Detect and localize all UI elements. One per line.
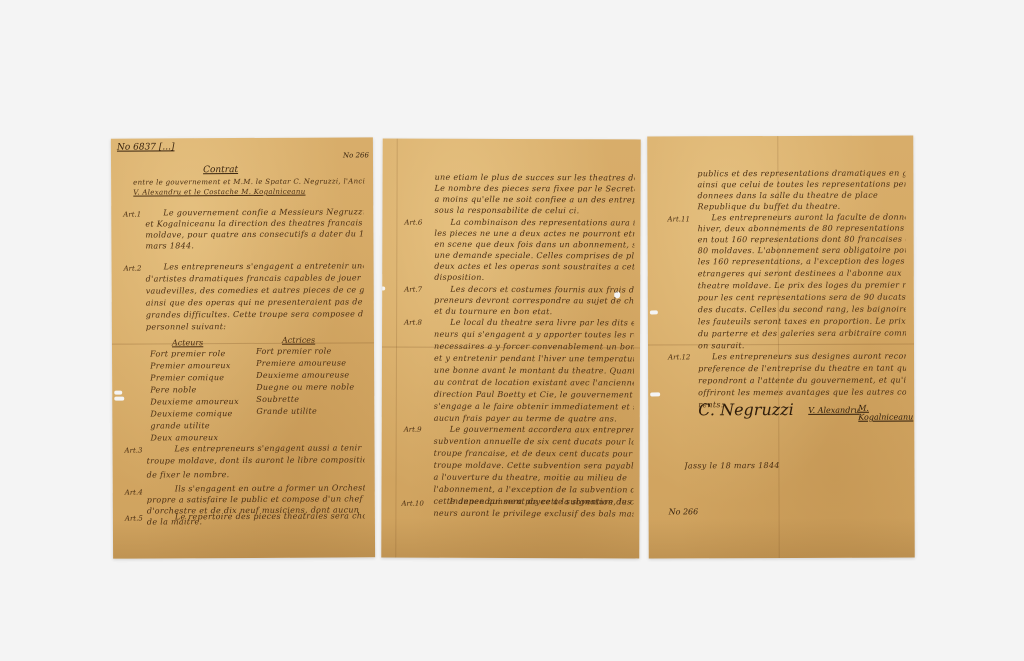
paper-hole [650, 392, 660, 396]
paper-hole [114, 397, 124, 401]
text-line: Les entrepreneurs s'engagent aussi a ten… [175, 443, 365, 454]
text-line: de la maitre. [147, 516, 365, 527]
text-line: neurs qui s'engagent a y apporter toutes… [434, 330, 634, 341]
article-label: Art.4 [125, 489, 143, 497]
roster-item: Deuxieme amoureux [150, 397, 250, 408]
text-line: mars 1844. [145, 240, 363, 251]
text-line: publics et des representations dramatiqu… [697, 169, 905, 180]
roster-item: Grande utilite [256, 406, 366, 417]
roster-item: Fort premier role [256, 346, 366, 357]
text-line: Independamment de cette subvention, les … [449, 497, 633, 508]
paper-hole [650, 310, 658, 314]
roster-item: Fort premier role [150, 349, 250, 360]
text-line: les 160 representations, a l'exception d… [698, 257, 906, 268]
signature: V. Alexandru [808, 406, 859, 415]
text-line: subvention annuelle de six cent ducats p… [434, 437, 634, 448]
text-line: d'artistes dramatiques francais capables… [146, 273, 364, 284]
text-line: sous la responsabilite de celui ci. [434, 206, 634, 217]
roster-item: Premier comique [150, 373, 250, 384]
article-label: Art.12 [668, 353, 690, 361]
text-line: troupe moldave. Cette subvention sera pa… [434, 461, 634, 472]
text-line: offriront les memes avantages que les au… [698, 388, 906, 399]
roster-item: Premier amoureux [150, 361, 250, 372]
roster-header-actresses: Actrices [282, 336, 315, 345]
text-line: grandes difficultes. Cette troupe sera c… [146, 309, 364, 320]
roster-item: grande utilite [150, 421, 250, 432]
corner-mark: No 266 [343, 151, 369, 159]
text-line: on saurait. [698, 341, 906, 352]
text-line: une bonne avant le montant du theatre. Q… [434, 366, 634, 377]
text-line: s'engage a le faire obtenir immediatemen… [434, 402, 634, 413]
article-label: Art.3 [125, 447, 143, 455]
roster-item: Soubrette [256, 394, 366, 405]
text-line: ainsi que des operas qui ne presenteraie… [146, 297, 364, 308]
subtitle-line: V. Alexandru et le Costache M. Kogalnice… [133, 186, 365, 197]
text-line: les fauteuils seront taxes en proportion… [698, 317, 906, 328]
text-line: etrangeres qui seront destinees a l'abon… [698, 269, 906, 280]
text-line: disposition. [434, 273, 634, 284]
footer-number: No 266 [669, 507, 699, 516]
text-line: Le gouvernement confie a Messieurs Negru… [163, 207, 363, 218]
manuscript-page-3: publics et des representations dramatiqu… [647, 136, 914, 559]
text-line: de fixer le nombre. [147, 469, 365, 480]
article-label: Art.10 [401, 500, 423, 508]
article-label: Art.7 [404, 286, 422, 294]
text-line: a l'ouverture du theatre, moitie au mili… [434, 473, 634, 484]
text-line: preference de l'entreprise du theatre en… [698, 364, 906, 375]
text-line: du parterre et des galeries sera arbitra… [698, 329, 906, 340]
text-line: Le gouvernement accordera aux entreprene… [450, 425, 634, 436]
article-label: Art.2 [124, 265, 142, 273]
text-line: les pieces ne une a deux actes ne pourro… [434, 229, 634, 240]
contract-title: Contrat [203, 165, 238, 175]
text-line: repondront a l'attente du gouvernement, … [698, 376, 906, 387]
text-line: pour les cent representations sera de 90… [698, 293, 906, 304]
text-line: Les decors et costumes fournis aux frais… [450, 285, 634, 296]
text-line: Le local du theatre sera livre par les d… [450, 318, 634, 329]
text-line: des ducats. Celles du second rang, les b… [698, 305, 906, 316]
fold-crease [395, 139, 397, 558]
text-line: deux actes et les operas sont soustraite… [434, 262, 634, 273]
text-line: en tout 160 representations dont 80 fran… [698, 235, 906, 246]
article-label: Art.9 [404, 426, 422, 434]
text-line: troupe moldave, dont ils auront le libre… [147, 455, 365, 466]
article-label: Art.8 [404, 319, 422, 327]
text-line: moldave, pour quatre ans consecutifs a d… [145, 229, 363, 240]
signature: C. Negruzzi [698, 400, 794, 419]
text-line: Le nombre des pieces sera fixee par le S… [435, 184, 635, 195]
article-label: Art.11 [668, 215, 690, 223]
manuscript-page-1: No 6837 [...] No 266 Contrat entre le go… [111, 137, 375, 558]
text-line: et Kogalniceanu la direction des theatre… [145, 218, 363, 229]
roster-item: Deux amoureux [150, 433, 250, 444]
date-line: Jassy le 18 mars 1844 [684, 461, 824, 471]
roster-item: Premiere amoureuse [256, 358, 366, 369]
text-line: Les entrepreneurs auront la faculte de d… [712, 213, 906, 224]
text-line: et du tournure en bon etat. [434, 307, 634, 318]
text-line: La combinaison des representations aura … [450, 218, 634, 229]
reference-number: No 6837 [...] [117, 142, 175, 152]
text-line: une etiam le plus de succes sur les thea… [435, 173, 635, 184]
article-label: Art.1 [123, 211, 141, 219]
text-line: 80 moldaves. L'abonnement sera obligatoi… [698, 246, 906, 257]
text-line: ainsi que celui de toutes les representa… [697, 180, 905, 191]
text-line: aucun frais payer au terme de quatre ans… [434, 414, 634, 425]
text-line: necessaires a y forcer convenablement un… [434, 342, 634, 353]
article-label: Art.6 [404, 219, 422, 227]
text-line: propre a satisfaire le public et compose… [147, 494, 365, 505]
text-line: theatre moldave. Le prix des loges du pr… [698, 281, 906, 292]
paper-hole [114, 391, 122, 395]
text-line: a moins qu'elle ne soit confiee a un des… [435, 195, 635, 206]
text-line: vaudevilles, des comedies et autres piec… [146, 285, 364, 296]
text-line: Le repertoire des pieces theatrales sera… [175, 511, 365, 522]
text-line: et y entretenir pendant l'hiver une temp… [434, 354, 634, 365]
text-line: au contrat de location existant avec l'a… [434, 378, 634, 389]
roster-item: Deuxieme comique [150, 409, 250, 420]
text-line: personnel suivant: [146, 321, 364, 332]
text-line: Les entrepreneurs s'engagent a entreteni… [164, 261, 364, 272]
text-line: l'abonnement, a l'exception de la subven… [433, 485, 633, 496]
fold-crease [112, 342, 374, 344]
text-line: donnees dans la salle du theatre de plac… [697, 191, 905, 202]
text-line: Les entrepreneurs sus designes auront re… [712, 352, 906, 363]
paper-hole [381, 287, 385, 291]
text-line: preneurs devront correspondre au sujet d… [434, 296, 634, 307]
manuscript-page-2: une etiam le plus de succes sur les thea… [381, 139, 640, 559]
text-line: troupe francaise, et de deux cent ducats… [434, 449, 634, 460]
text-line: Republique du buffet du theatre. [697, 202, 905, 213]
text-line: Ils s'engagent en outre a former un Orch… [175, 483, 365, 494]
roster-item: Pere noble [150, 385, 250, 396]
text-line: une demande speciale. Celles comprises d… [434, 251, 634, 262]
signature: M. Kogalniceanu [858, 404, 914, 422]
text-line: en scene que deux fois dans un abonnemen… [434, 240, 634, 251]
text-line: hiver, deux abonnements de 80 representa… [698, 224, 906, 235]
text-line: neurs auront le privilege exclusif des b… [433, 509, 633, 520]
article-label: Art.5 [125, 515, 143, 523]
roster-item: Deuxieme amoureuse [256, 370, 366, 381]
text-line: direction Paul Boetty et Cie, le gouvern… [434, 390, 634, 401]
roster-item: Duegne ou mere noble [256, 382, 366, 393]
roster-header-actors: Acteurs [172, 338, 203, 347]
